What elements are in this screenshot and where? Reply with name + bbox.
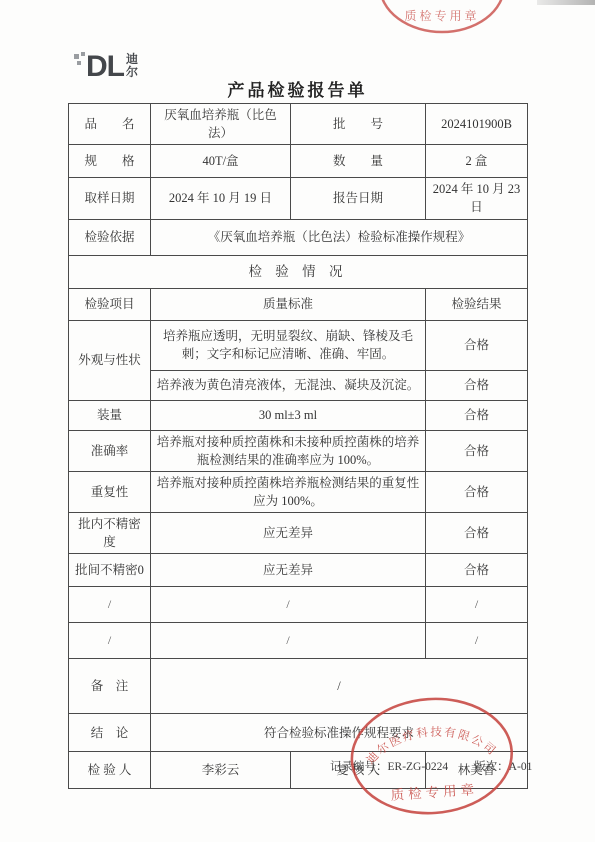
table-row: 批内不精密度 应无差异 合格 <box>69 513 528 554</box>
column-header-item: 检验项目 <box>69 288 151 320</box>
top-partial-stamp: 质检专用章 <box>372 0 512 40</box>
item-empty-2-standard: / <box>151 623 426 659</box>
scan-artifact <box>537 0 595 5</box>
stamp-center-text: 质检专用章 <box>390 781 478 803</box>
item-empty-1-standard: / <box>151 587 426 623</box>
report-page: 质检专用章 DL 迪 尔 产品检验报告单 品 名 厌氧血培养瓶（比色法） 批 号… <box>0 0 595 842</box>
item-appearance-standard-1: 培养瓶应透明，无明显裂纹、崩缺、锋棱及毛刺；文字和标记应清晰、准确、牢固。 <box>151 320 426 370</box>
table-row: 检验项目 质量标准 检验结果 <box>69 288 528 320</box>
item-accuracy-result: 合格 <box>426 430 528 471</box>
table-row: 取样日期 2024 年 10 月 19 日 报告日期 2024 年 10 月 2… <box>69 178 528 219</box>
inspector-name: 李彩云 <box>151 752 291 789</box>
column-header-standard: 质量标准 <box>151 288 426 320</box>
conclusion-label: 结 论 <box>69 714 151 752</box>
report-date-value: 2024 年 10 月 23 日 <box>426 178 528 219</box>
basis-value: 《厌氧血培养瓶（比色法）检验标准操作规程》 <box>151 219 528 255</box>
table-row: 重复性 培养瓶对接种质控菌株培养瓶检测结果的重复性应为 100%。 合格 <box>69 471 528 512</box>
report-table: 品 名 厌氧血培养瓶（比色法） 批 号 2024101900B 规 格 40T/… <box>68 103 528 789</box>
inspector-label: 检 验 人 <box>69 752 151 789</box>
item-appearance-result-2: 合格 <box>426 370 528 400</box>
table-row: / / / <box>69 623 528 659</box>
table-row: / / / <box>69 587 528 623</box>
item-empty-2-name: / <box>69 623 151 659</box>
product-name-label: 品 名 <box>69 104 151 145</box>
table-row: 装量 30 ml±3 ml 合格 <box>69 400 528 430</box>
item-empty-2-result: / <box>426 623 528 659</box>
item-inter-batch-name: 批间不精密0 <box>69 554 151 587</box>
item-intra-batch-name: 批内不精密度 <box>69 513 151 554</box>
table-row: 检 验 情 况 <box>69 255 528 288</box>
item-repeatability-standard: 培养瓶对接种质控菌株培养瓶检测结果的重复性应为 100%。 <box>151 471 426 512</box>
batch-no-value: 2024101900B <box>426 104 528 145</box>
table-row: 外观与性状 培养瓶应透明，无明显裂纹、崩缺、锋棱及毛刺；文字和标记应清晰、准确、… <box>69 320 528 370</box>
inspection-section-title: 检 验 情 况 <box>69 255 528 288</box>
quantity-value: 2 盒 <box>426 145 528 178</box>
svg-text:迪尔医疗科技有限公司: 迪尔医疗科技有限公司 <box>361 720 500 767</box>
company-stamp: 迪尔医疗科技有限公司 质检专用章 <box>338 688 527 830</box>
table-row: 准确率 培养瓶对接种质控菌株和未接种质控菌株的培养瓶检测结果的准确率应为 100… <box>69 430 528 471</box>
remark-label: 备 注 <box>69 659 151 714</box>
batch-no-label: 批 号 <box>291 104 426 145</box>
table-row: 品 名 厌氧血培养瓶（比色法） 批 号 2024101900B <box>69 104 528 145</box>
item-inter-batch-standard: 应无差异 <box>151 554 426 587</box>
page-title: 产品检验报告单 <box>0 76 595 101</box>
stamp-company-name: 迪尔医疗科技有限公司 <box>361 720 500 767</box>
item-fill-volume-standard: 30 ml±3 ml <box>151 400 426 430</box>
sampling-date-label: 取样日期 <box>69 178 151 219</box>
item-fill-volume-name: 装量 <box>69 400 151 430</box>
item-appearance-result-1: 合格 <box>426 320 528 370</box>
item-accuracy-name: 准确率 <box>69 430 151 471</box>
spec-label: 规 格 <box>69 145 151 178</box>
item-intra-batch-result: 合格 <box>426 513 528 554</box>
product-name-value: 厌氧血培养瓶（比色法） <box>151 104 291 145</box>
basis-label: 检验依据 <box>69 219 151 255</box>
top-stamp-text: 质检专用章 <box>404 8 479 23</box>
item-appearance-standard-2: 培养液为黄色清亮液体，无混浊、凝块及沉淀。 <box>151 370 426 400</box>
item-inter-batch-result: 合格 <box>426 554 528 587</box>
spec-value: 40T/盒 <box>151 145 291 178</box>
item-repeatability-name: 重复性 <box>69 471 151 512</box>
table-row: 规 格 40T/盒 数 量 2 盒 <box>69 145 528 178</box>
table-row: 批间不精密0 应无差异 合格 <box>69 554 528 587</box>
item-accuracy-standard: 培养瓶对接种质控菌株和未接种质控菌株的培养瓶检测结果的准确率应为 100%。 <box>151 430 426 471</box>
item-repeatability-result: 合格 <box>426 471 528 512</box>
report-date-label: 报告日期 <box>291 178 426 219</box>
column-header-result: 检验结果 <box>426 288 528 320</box>
item-appearance-name: 外观与性状 <box>69 320 151 400</box>
item-empty-1-name: / <box>69 587 151 623</box>
item-empty-1-result: / <box>426 587 528 623</box>
sampling-date-value: 2024 年 10 月 19 日 <box>151 178 291 219</box>
quantity-label: 数 量 <box>291 145 426 178</box>
item-fill-volume-result: 合格 <box>426 400 528 430</box>
item-intra-batch-standard: 应无差异 <box>151 513 426 554</box>
table-row: 检验依据 《厌氧血培养瓶（比色法）检验标准操作规程》 <box>69 219 528 255</box>
